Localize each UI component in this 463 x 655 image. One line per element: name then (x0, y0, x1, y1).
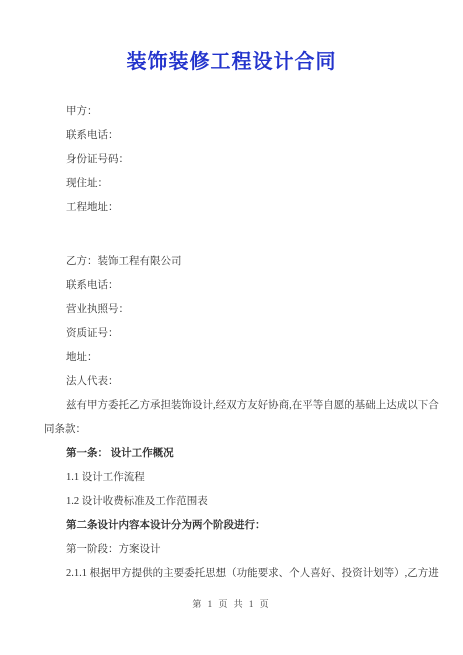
party-b-qualification-label: 资质证号： (44, 322, 419, 346)
party-a-address-label: 现住址： (44, 172, 419, 196)
clause-1-item-2: 1.2 设计收费标准及工作范围表 (44, 490, 419, 514)
party-b-address-label: 地址： (44, 346, 419, 370)
preamble-line-2: 同条款： (44, 418, 419, 442)
preamble-line-1: 兹有甲方委托乙方承担装饰设计,经双方友好协商,在平等自愿的基础上达成以下合 (44, 394, 419, 418)
party-a-phone-label: 联系电话： (44, 124, 419, 148)
party-a-label: 甲方： (44, 100, 419, 124)
clause-2-heading: 第二条设计内容本设计分为两个阶段进行： (44, 514, 419, 538)
party-b-license-label: 营业执照号： (44, 298, 419, 322)
party-a-id-label: 身份证号码： (44, 148, 419, 172)
page-number-indicator: 第 1 页 共 1 页 (44, 598, 419, 610)
clause-1-item-1: 1.1 设计工作流程 (44, 466, 419, 490)
clause-1-heading: 第一条： 设计工作概况 (44, 442, 419, 466)
party-b-phone-label: 联系电话： (44, 274, 419, 298)
party-b-legal-rep-label: 法人代表： (44, 370, 419, 394)
document-body: 甲方： 联系电话： 身份证号码： 现住址： 工程地址： 乙方：装饰工程有限公司 … (0, 100, 463, 610)
section-gap (44, 220, 419, 250)
clause-2-item-211: 2.1.1 根据甲方提供的主要委托思想（功能要求、个人喜好、投资计划等）,乙方进 (44, 562, 419, 586)
party-b-label: 乙方：装饰工程有限公司 (44, 250, 419, 274)
clause-2-stage-1: 第一阶段：方案设计 (44, 538, 419, 562)
party-a-project-address-label: 工程地址： (44, 196, 419, 220)
document-page: 装饰装修工程设计合同 甲方： 联系电话： 身份证号码： 现住址： 工程地址： 乙… (0, 0, 463, 655)
document-title: 装饰装修工程设计合同 (0, 46, 463, 78)
